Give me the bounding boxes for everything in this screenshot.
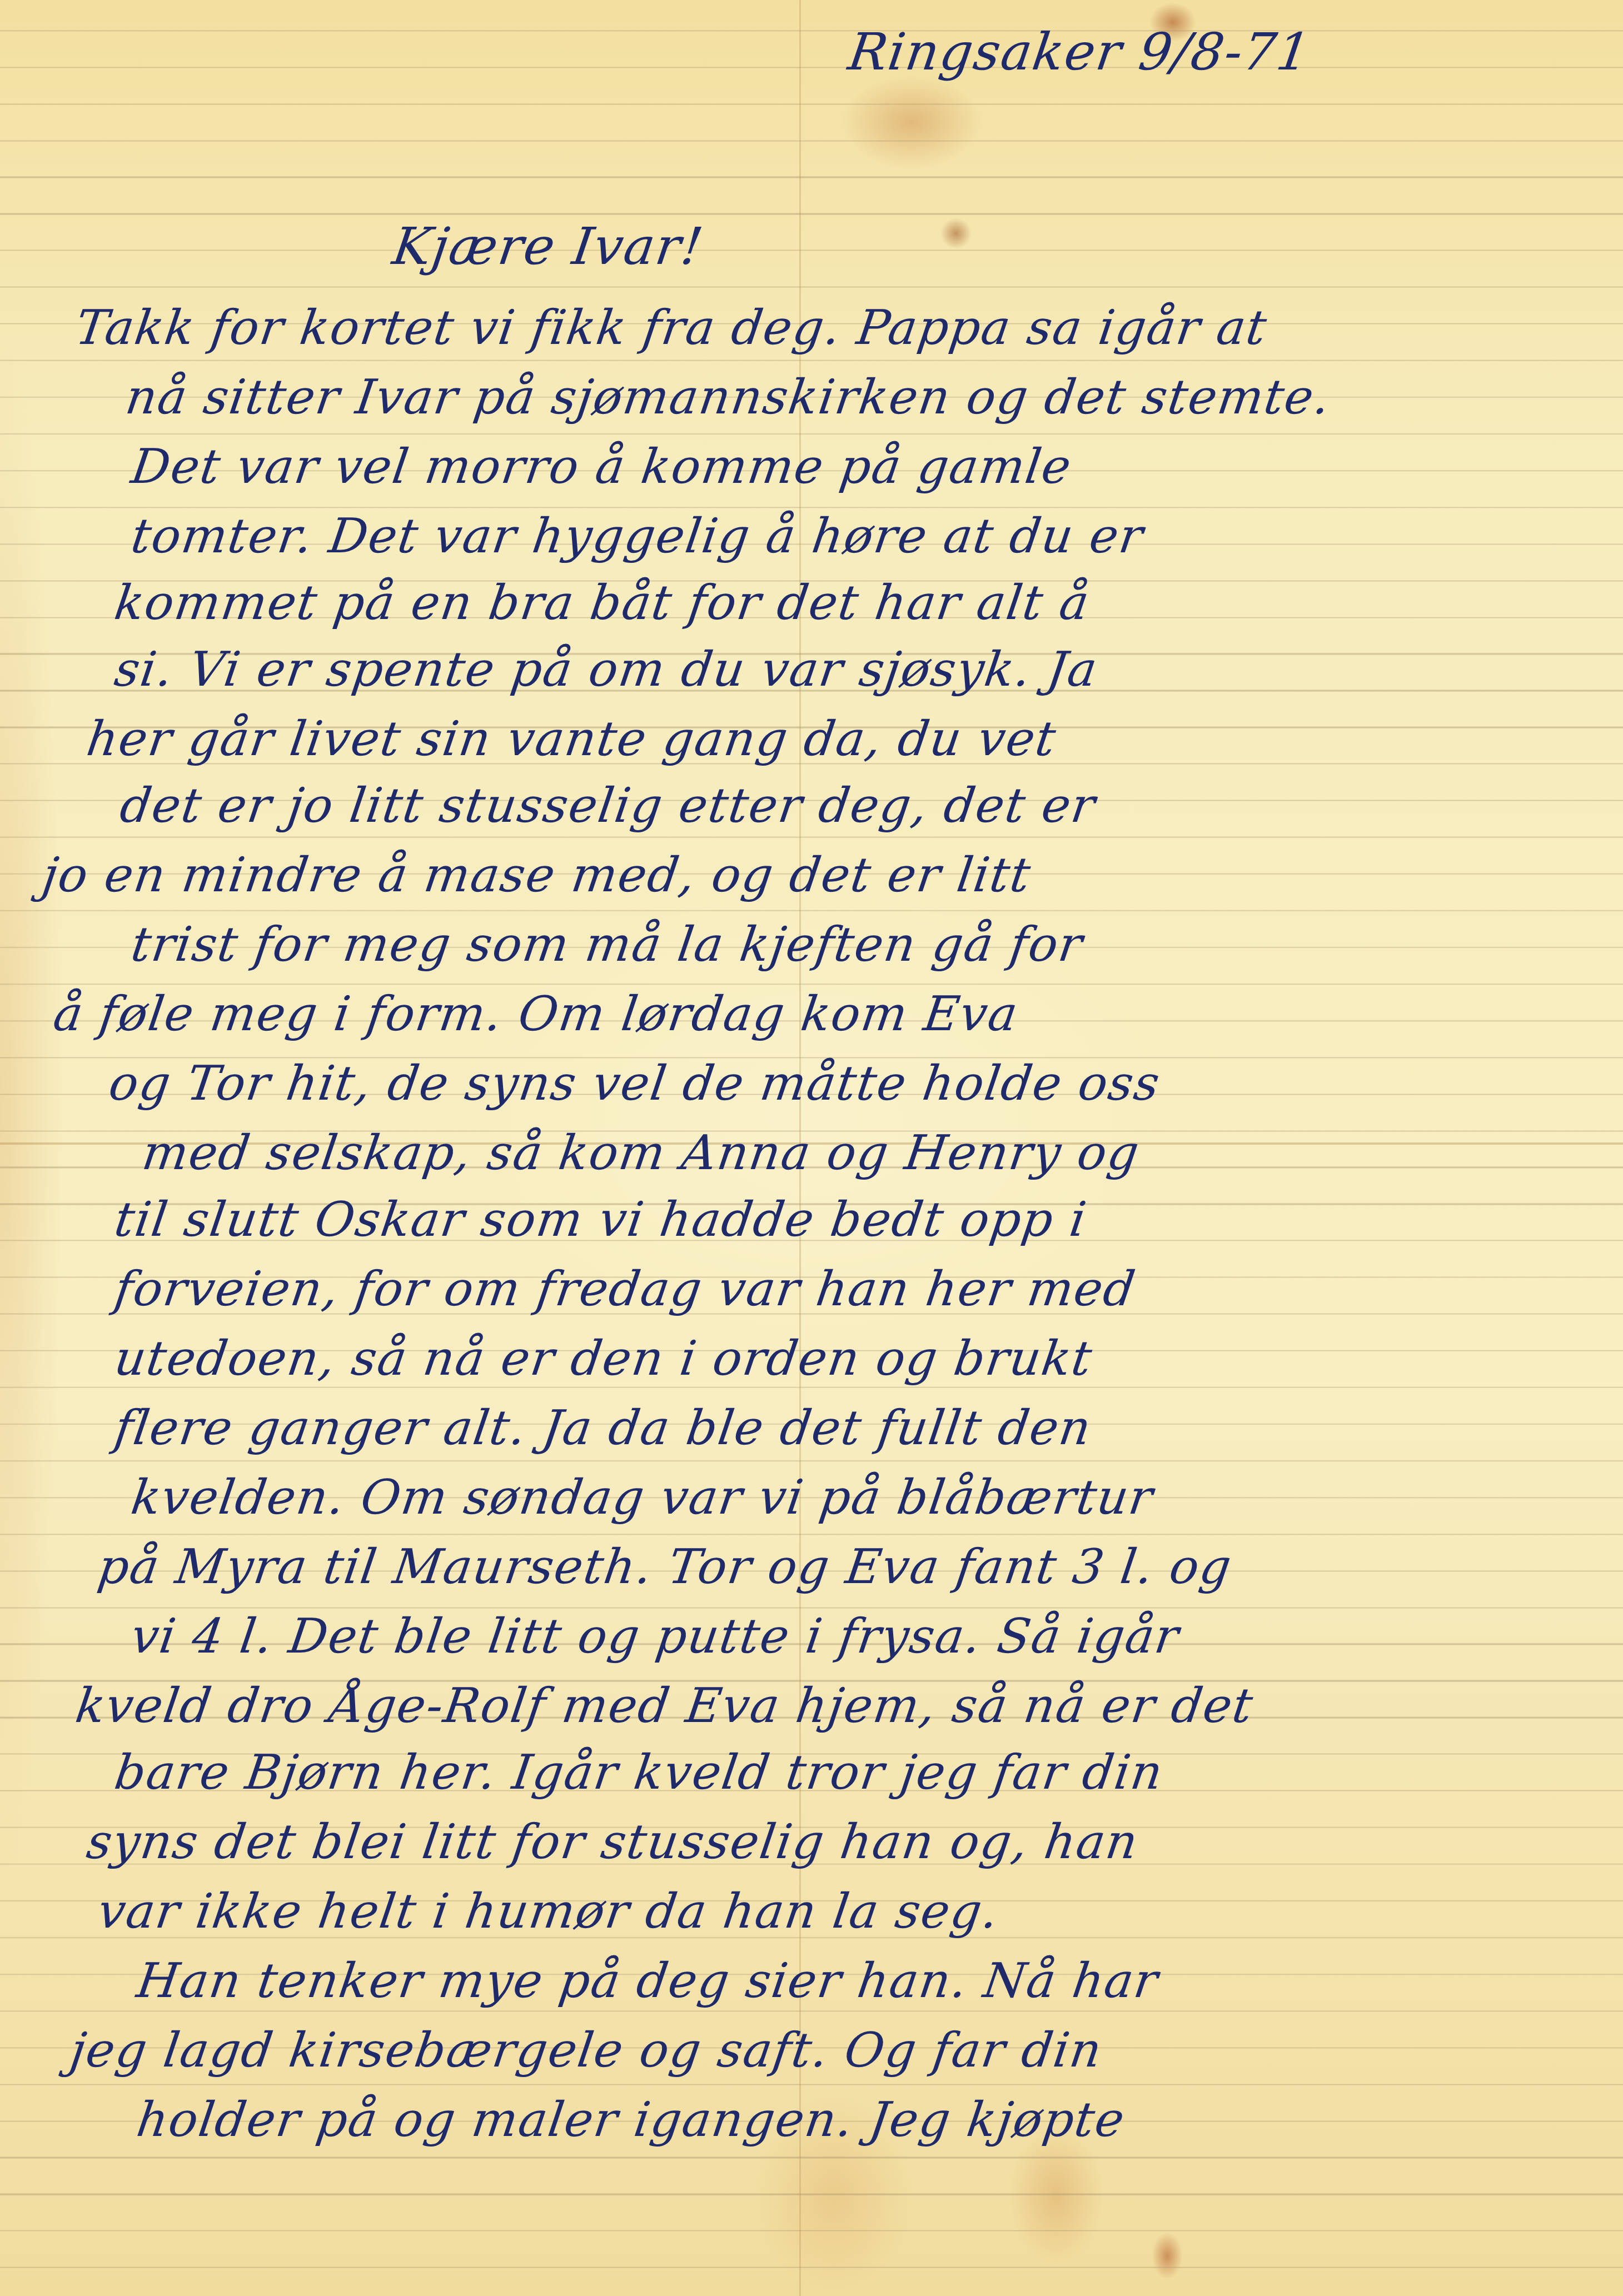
- letter-line: vi 4 l. Det ble litt og putte i frysa. S…: [128, 1609, 1183, 1664]
- letter-line: var ikke helt i humør da han la seg.: [94, 1884, 1003, 1939]
- letter-line: syns det blei litt for stusselig han og,…: [83, 1814, 1142, 1870]
- letter-line: kveld dro Åge-Rolf med Eva hjem, så nå e…: [72, 1678, 1257, 1734]
- letter-line: her går livet sin vante gang da, du vet: [83, 711, 1060, 767]
- letter-line: forveien, for om fredag var han her med: [111, 1261, 1139, 1317]
- place-and-date: Ringsaker 9/8-71: [845, 22, 1315, 82]
- letter-line: kvelden. Om søndag var vi på blåbærtur: [128, 1470, 1157, 1525]
- letter-line: jeg lagd kirsebærgele og saft. Og far di…: [67, 2023, 1106, 2078]
- letter-line: Han tenker mye på deg sier han. Nå har: [133, 1953, 1162, 2009]
- letter-line: kommet på en bra båt for det har alt å: [111, 575, 1093, 631]
- letter-line: si. Vi er spente på om du var sjøsyk. Ja: [111, 642, 1102, 697]
- letter-line: på Myra til Maurseth. Tor og Eva fant 3 …: [94, 1539, 1236, 1595]
- letter-line: Det var vel morro å komme på gamle: [128, 439, 1076, 495]
- letter-line: det er jo litt stusselig etter deg, det …: [117, 778, 1099, 833]
- letter-line: jo en mindre å mase med, og det er litt: [39, 847, 1035, 903]
- letter-line: Takk for kortet vi fikk fra deg. Pappa s…: [72, 300, 1271, 356]
- letter-line: utedoen, så nå er den i orden og brukt: [111, 1331, 1096, 1386]
- letter-line: bare Bjørn her. Igår kveld tror jeg far …: [111, 1745, 1167, 1800]
- letter-line: til slutt Oskar som vi hadde bedt opp i: [111, 1192, 1091, 1247]
- letter-line: tomter. Det var hyggelig å høre at du er: [128, 508, 1147, 564]
- letter-line: holder på og maler igangen. Jeg kjøpte: [133, 2092, 1129, 2148]
- letter-line: trist for meg som må la kjeften gå for: [128, 917, 1087, 972]
- letter-line: og Tor hit, de syns vel de måtte holde o…: [106, 1056, 1164, 1111]
- letter-line: flere ganger alt. Ja da ble det fullt de…: [111, 1400, 1096, 1456]
- letter-line: med selskap, så kom Anna og Henry og: [139, 1125, 1143, 1181]
- letter-greeting: Kjære Ivar!: [389, 217, 708, 276]
- letter-line: nå sitter Ivar på sjømannskirken og det …: [122, 370, 1335, 425]
- letter-line: å føle meg i form. Om lørdag kom Eva: [50, 986, 1022, 1042]
